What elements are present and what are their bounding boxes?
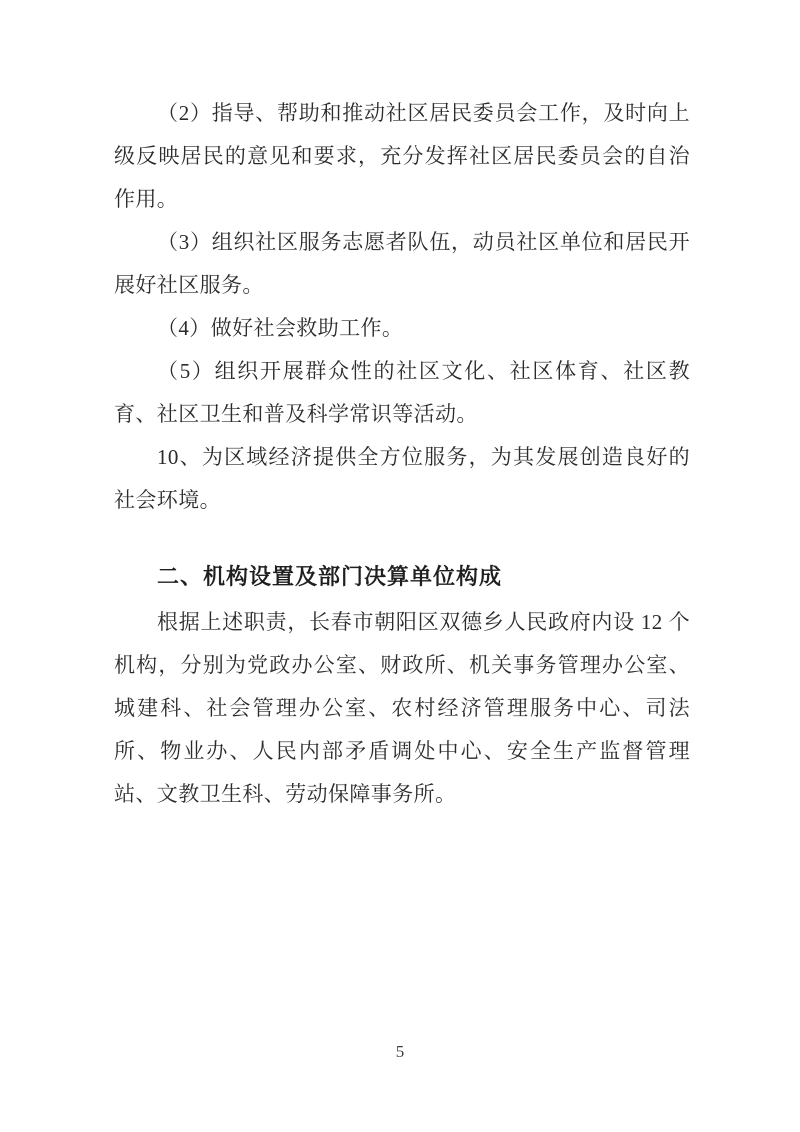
document-page: （2）指导、帮助和推动社区居民委员会工作，及时向上级反映居民的意见和要求，充分发… (0, 0, 800, 1132)
paragraph-org-list: 根据上述职责，长春市朝阳区双德乡人民政府内设 12 个机构，分别为党政办公室、财… (114, 601, 690, 816)
document-body: （2）指导、帮助和推动社区居民委员会工作，及时向上级反映居民的意见和要求，充分发… (114, 92, 690, 816)
paragraph-duty-2: （2）指导、帮助和推动社区居民委员会工作，及时向上级反映居民的意见和要求，充分发… (114, 92, 690, 221)
paragraph-duty-3: （3）组织社区服务志愿者队伍，动员社区单位和居民开展好社区服务。 (114, 221, 690, 307)
page-number: 5 (0, 1042, 800, 1062)
paragraph-duty-4: （4）做好社会救助工作。 (114, 307, 690, 350)
section-heading-org-structure: 二、机构设置及部门决算单位构成 (114, 555, 690, 598)
paragraph-duty-10: 10、为区域经济提供全方位服务，为其发展创造良好的社会环境。 (114, 436, 690, 522)
paragraph-duty-5: （5）组织开展群众性的社区文化、社区体育、社区教育、社区卫生和普及科学常识等活动… (114, 350, 690, 436)
